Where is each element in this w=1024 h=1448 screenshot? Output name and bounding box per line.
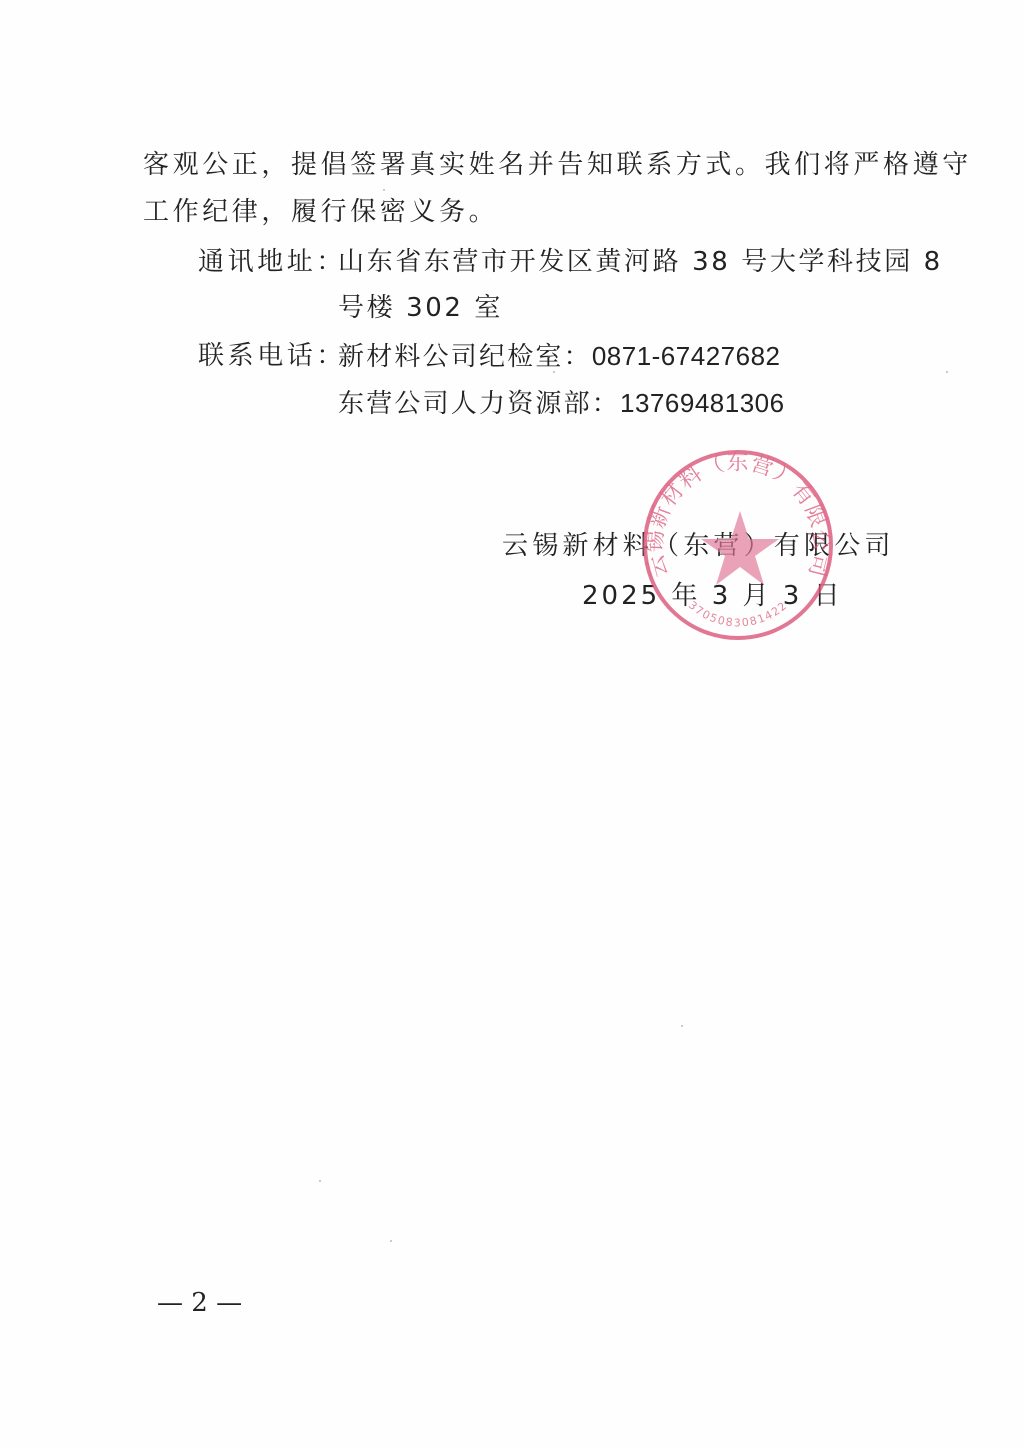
contact-label: 联系电话： — [198, 339, 346, 373]
scan-speck — [383, 189, 385, 191]
scan-speck — [681, 1025, 683, 1027]
scan-speck — [946, 371, 948, 373]
page-number: — 2 — — [157, 1288, 242, 1318]
contact-phone-1: 0871-67427682 — [592, 341, 781, 371]
document-page: 客观公正，提倡签署真实姓名并告知联系方式。我们将严格遵守 工作纪律，履行保密义务… — [0, 0, 1024, 1448]
scan-speck — [553, 371, 555, 373]
contact-phone-2: 13769481306 — [620, 388, 785, 418]
scan-speck — [390, 1240, 392, 1242]
signature-organization: 云锡新材料（东营）有限公司 — [502, 529, 895, 563]
contact-department-2: 东营公司人力资源部： — [338, 389, 620, 419]
contact-entry-1: 新材料公司纪检室：0871-67427682 — [338, 339, 781, 374]
contact-department-1: 新材料公司纪检室： — [338, 342, 592, 372]
address-value-line-2: 号楼 302 室 — [338, 291, 503, 325]
signature-date: 2025 年 3 月 3 日 — [582, 579, 843, 613]
paragraph-line-2: 工作纪律，履行保密义务。 — [143, 195, 498, 229]
contact-entry-2: 东营公司人力资源部：13769481306 — [338, 386, 785, 421]
paragraph-line-1: 客观公正，提倡签署真实姓名并告知联系方式。我们将严格遵守 — [143, 148, 972, 182]
address-label: 通讯地址： — [198, 245, 346, 279]
address-value-line-1: 山东省东营市开发区黄河路 38 号大学科技园 8 — [338, 245, 943, 279]
scan-speck — [319, 1180, 321, 1182]
